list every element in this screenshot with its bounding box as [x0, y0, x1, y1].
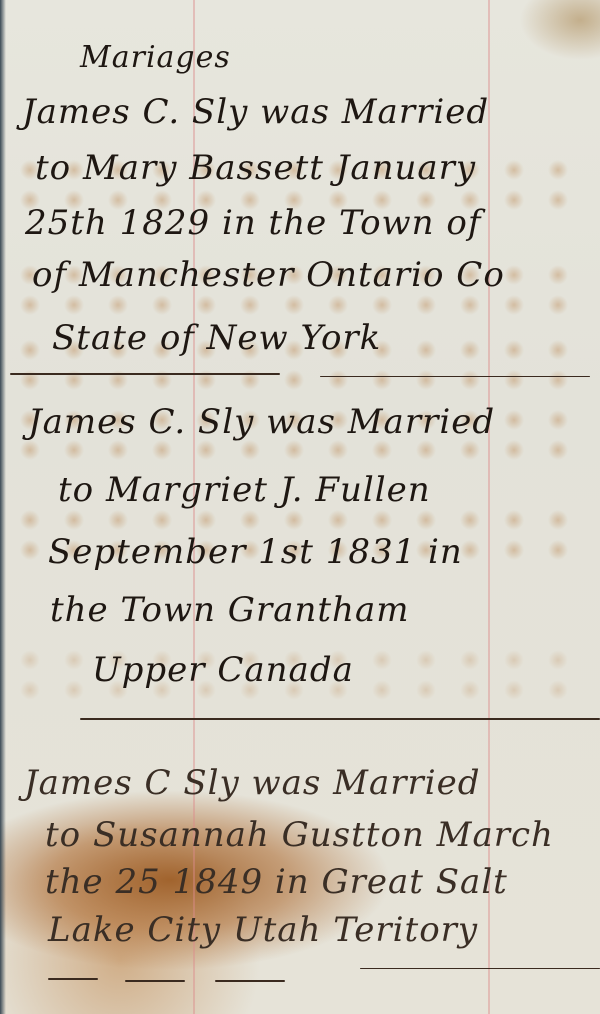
- entry-line: Lake City Utah Teritory: [48, 910, 478, 950]
- entry-line: 25th 1829 in the Town of: [25, 203, 481, 243]
- entry-line: James C Sly was Married: [24, 763, 481, 803]
- entry-separator: [320, 376, 590, 377]
- entry-line: James C. Sly was Married: [28, 402, 495, 442]
- closing-dash: [48, 978, 98, 980]
- entry-line: Upper Canada: [92, 650, 354, 690]
- closing-rule: [360, 968, 600, 969]
- entry-line: of Manchester Ontario Co: [32, 255, 505, 295]
- manuscript-page: Mariages James C. Sly was Married to Mar…: [0, 0, 600, 1014]
- entry-line: the 25 1849 in Great Salt: [45, 862, 508, 902]
- entry-line: to Susannah Gustton March: [45, 815, 554, 855]
- entry-separator: [80, 718, 600, 720]
- entry-line: State of New York: [52, 318, 381, 358]
- entry-line: September 1st 1831 in: [48, 532, 463, 572]
- closing-dash: [125, 980, 185, 982]
- closing-dash: [215, 980, 285, 982]
- entry-line: the Town Grantham: [50, 590, 409, 630]
- entry-line: to Margriet J. Fullen: [58, 470, 431, 510]
- entry-line: James C. Sly was Married: [22, 92, 489, 132]
- page-heading: Mariages: [80, 40, 231, 75]
- entry-line: to Mary Bassett January: [35, 148, 476, 188]
- entry-separator: [10, 373, 280, 375]
- page-edge-shadow: [0, 0, 6, 1014]
